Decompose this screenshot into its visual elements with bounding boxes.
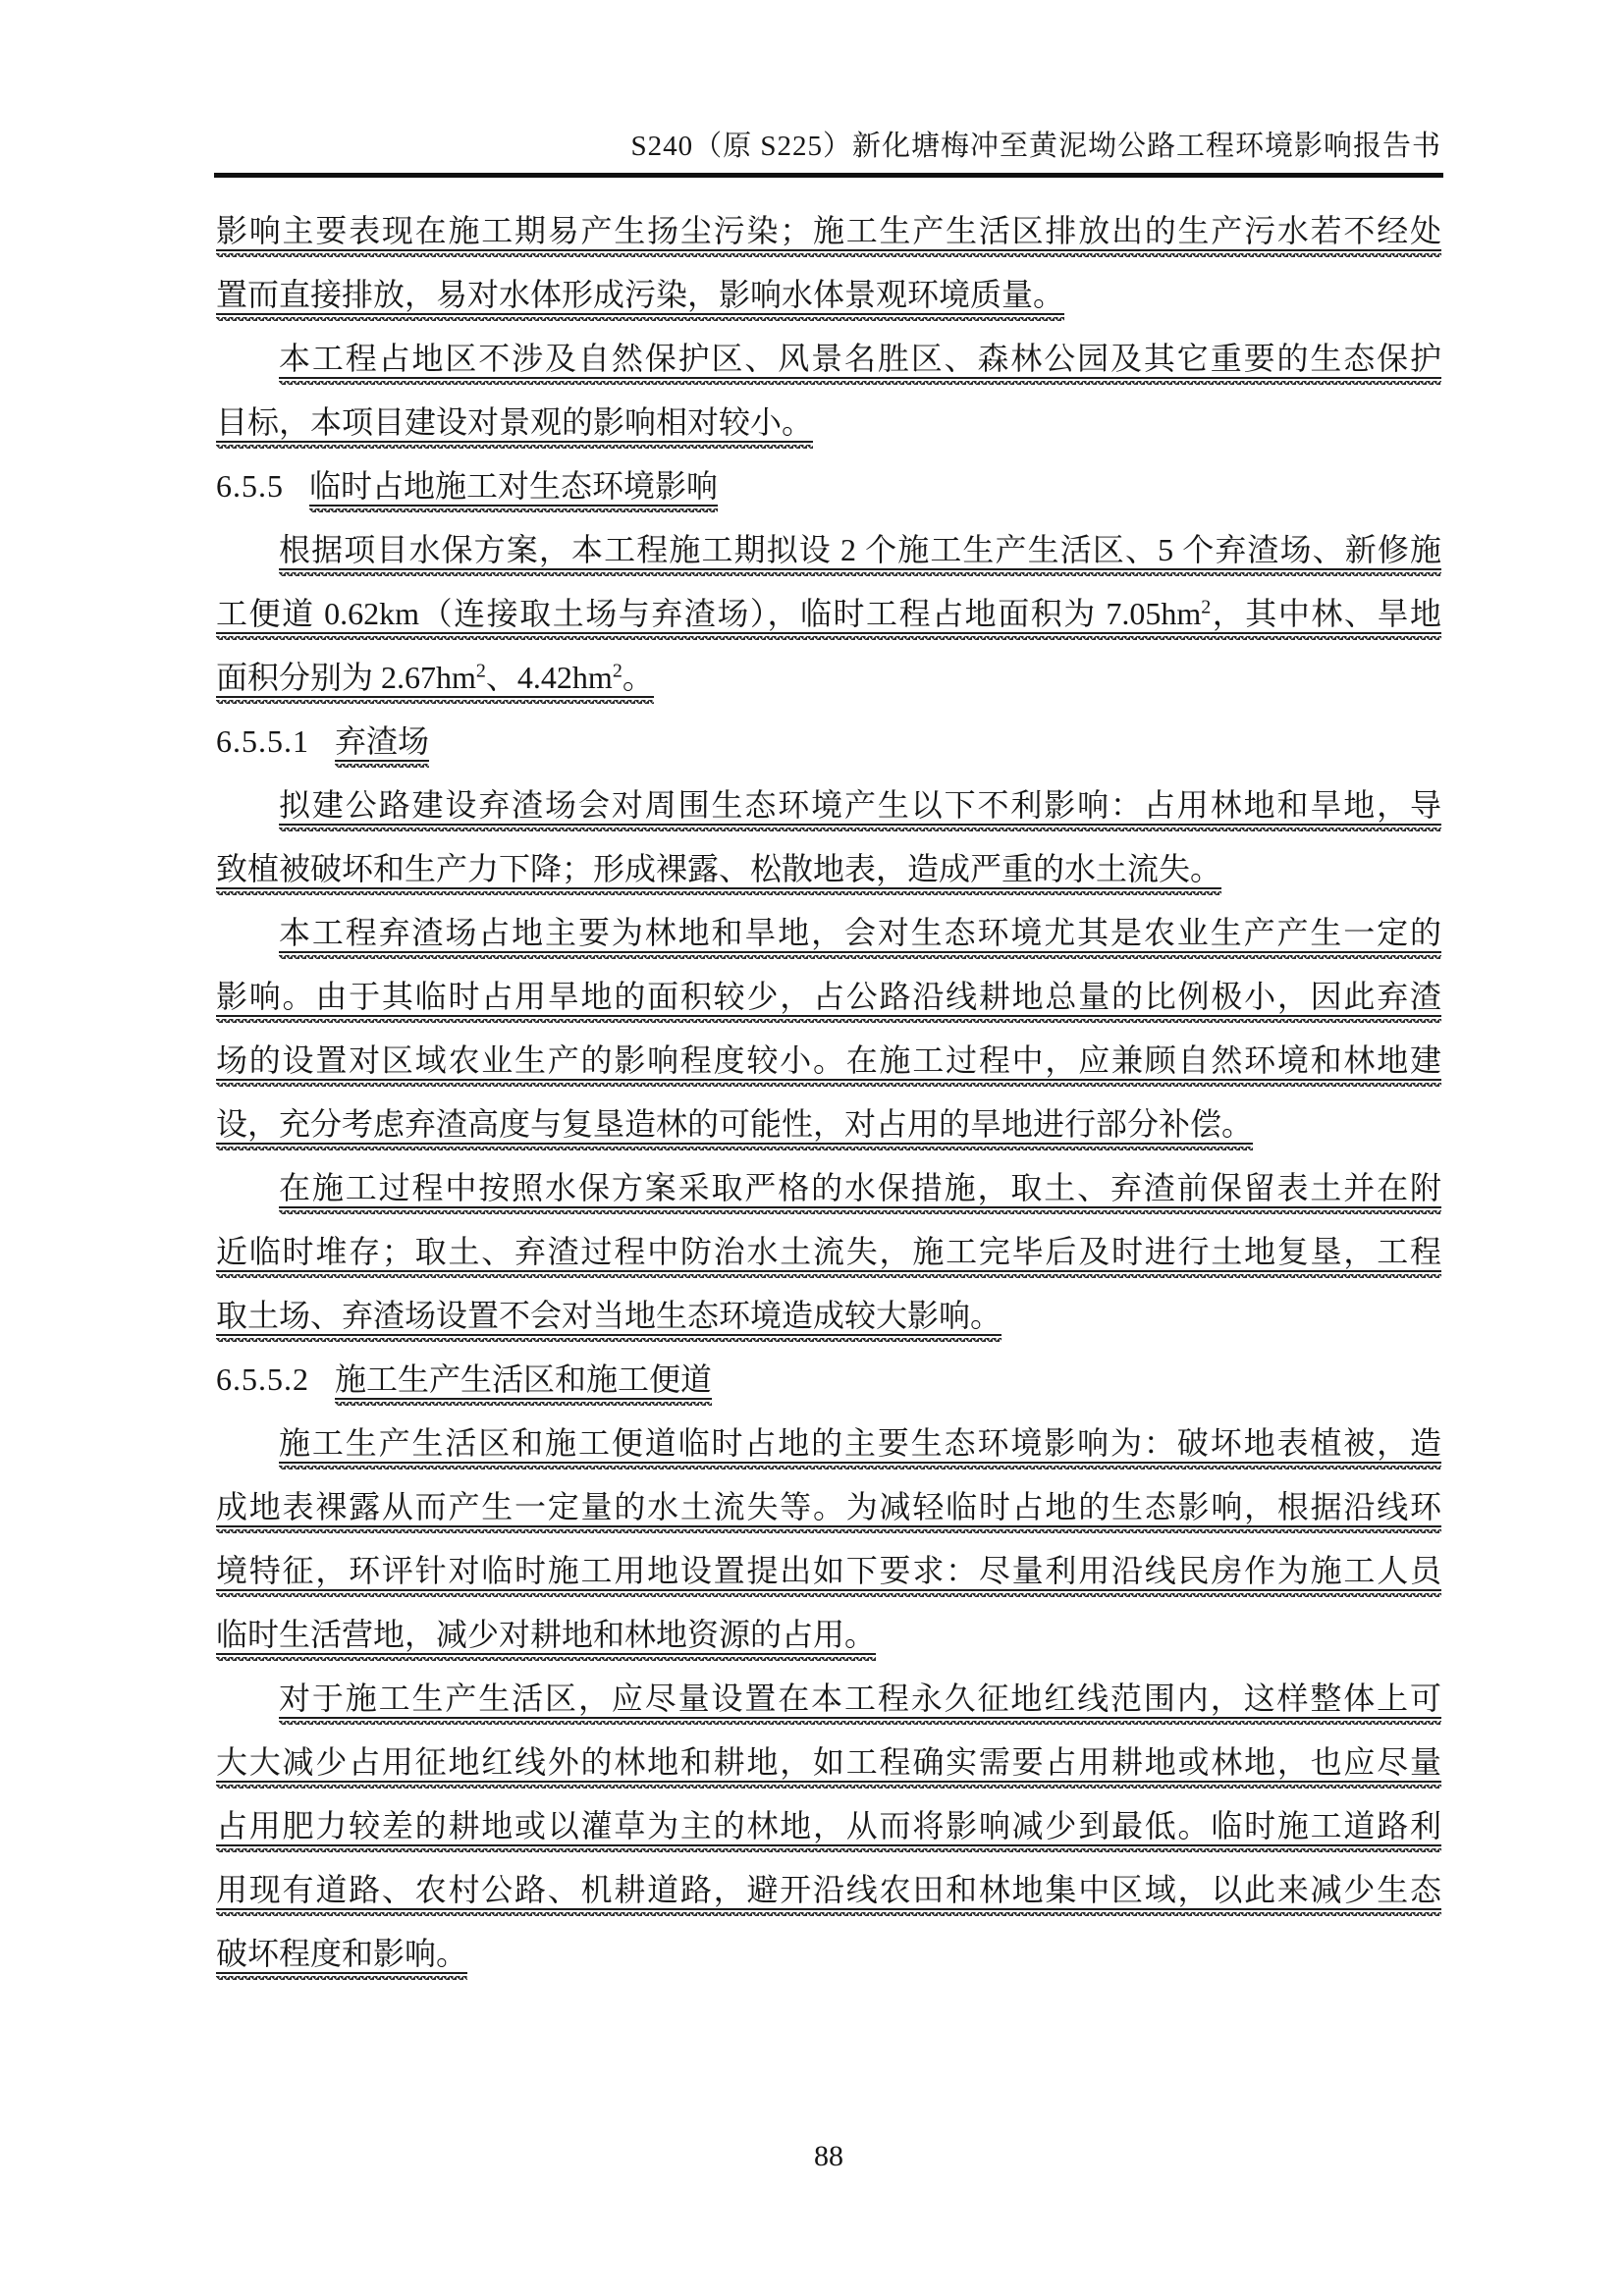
- text-segment: 面积分别为 2.67hm: [216, 660, 476, 695]
- text-segment: 致植被破坏和生产力下降；形成裸露、松散地表，造成严重的水土流失。: [216, 851, 1221, 886]
- text-segment: ，其中林、旱地: [1211, 596, 1441, 631]
- line-text: 用现有道路、农村公路、机耕道路，避开沿线农田和林地集中区域，以此来减少生态: [216, 1872, 1441, 1916]
- text-segment: 破坏程度和影响。: [216, 1936, 467, 1971]
- line-text: 置而直接排放，易对水体形成污染，影响水体景观环境质量。: [216, 277, 1064, 321]
- text-segment: 根据项目水保方案，本工程施工期拟设 2 个施工生产生活区、5 个弃渣场、新修施: [279, 532, 1441, 567]
- line-text: 面积分别为 2.67hm2、4.42hm2。: [216, 660, 654, 704]
- text-segment: 设，充分考虑弃渣高度与复垦造林的可能性，对占用的旱地进行部分补偿。: [216, 1106, 1253, 1142]
- heading-number: 6.5.5.2: [216, 1362, 309, 1397]
- text-line: 大大减少占用征地红线外的林地和耕地，如工程确实需要占用耕地或林地，也应尽量: [216, 1731, 1441, 1794]
- text-segment: 成地表裸露从而产生一定量的水土流失等。为减轻临时占地的生态影响，根据沿线环: [216, 1489, 1441, 1524]
- text-segment: 临时生活营地，减少对耕地和林地资源的占用。: [216, 1617, 876, 1652]
- text-line: 本工程占地区不涉及自然保护区、风景名胜区、森林公园及其它重要的生态保护: [216, 327, 1441, 391]
- page-number: 88: [814, 2140, 843, 2172]
- line-text: 影响。由于其临时占用旱地的面积较少，占公路沿线耕地总量的比例极小，因此弃渣: [216, 979, 1441, 1023]
- text-segment: 施工生产生活区和施工便道临时占地的主要生态环境影响为：破坏地表植被，造: [279, 1425, 1441, 1461]
- text-line: 施工生产生活区和施工便道临时占地的主要生态环境影响为：破坏地表植被，造: [216, 1412, 1441, 1475]
- line-text: 成地表裸露从而产生一定量的水土流失等。为减轻临时占地的生态影响，根据沿线环: [216, 1489, 1441, 1533]
- text-line: 近临时堆存；取土、弃渣过程中防治水土流失，施工完毕后及时进行土地复垦，工程: [216, 1220, 1441, 1284]
- text-segment: 、4.42hm: [486, 660, 613, 695]
- section-heading: 6.5.5.1弃渣场: [216, 710, 1441, 774]
- text-line: 致植被破坏和生产力下降；形成裸露、松散地表，造成严重的水土流失。: [216, 837, 1441, 901]
- heading-title: 临时占地施工对生态环境影响: [309, 468, 718, 512]
- text-segment: 大大减少占用征地红线外的林地和耕地，如工程确实需要占用耕地或林地，也应尽量: [216, 1744, 1441, 1780]
- section-heading: 6.5.5.2施工生产生活区和施工便道: [216, 1348, 1441, 1412]
- line-text: 大大减少占用征地红线外的林地和耕地，如工程确实需要占用耕地或林地，也应尽量: [216, 1744, 1441, 1789]
- text-segment: 对于施工生产生活区，应尽量设置在本工程永久征地红线范围内，这样整体上可: [279, 1681, 1441, 1716]
- superscript: 2: [613, 660, 623, 681]
- page-footer: 88: [216, 2134, 1441, 2179]
- line-text: 根据项目水保方案，本工程施工期拟设 2 个施工生产生活区、5 个弃渣场、新修施: [279, 532, 1441, 576]
- line-text: 近临时堆存；取土、弃渣过程中防治水土流失，施工完毕后及时进行土地复垦，工程: [216, 1234, 1441, 1278]
- heading-number: 6.5.5: [216, 468, 284, 504]
- line-text: 施工生产生活区和施工便道临时占地的主要生态环境影响为：破坏地表植被，造: [279, 1425, 1441, 1469]
- document-body: 影响主要表现在施工期易产生扬尘污染；施工生产生活区排放出的生产污水若不经处置而直…: [216, 199, 1441, 1986]
- line-text: 本工程占地区不涉及自然保护区、风景名胜区、森林公园及其它重要的生态保护: [279, 341, 1441, 385]
- section-heading: 6.5.5临时占地施工对生态环境影响: [216, 454, 1441, 518]
- text-segment: 近临时堆存；取土、弃渣过程中防治水土流失，施工完毕后及时进行土地复垦，工程: [216, 1234, 1441, 1269]
- text-segment: 工便道 0.62km（连接取土场与弃渣场），临时工程占地面积为 7.05hm: [216, 596, 1201, 631]
- text-line: 取土场、弃渣场设置不会对当地生态环境造成较大影响。: [216, 1284, 1441, 1348]
- line-text: 对于施工生产生活区，应尽量设置在本工程永久征地红线范围内，这样整体上可: [279, 1681, 1441, 1725]
- text-segment: 影响主要表现在施工期易产生扬尘污染；施工生产生活区排放出的生产污水若不经处: [216, 213, 1441, 248]
- text-line: 成地表裸露从而产生一定量的水土流失等。为减轻临时占地的生态影响，根据沿线环: [216, 1475, 1441, 1539]
- line-text: 设，充分考虑弃渣高度与复垦造林的可能性，对占用的旱地进行部分补偿。: [216, 1106, 1253, 1150]
- text-line: 目标，本项目建设对景观的影响相对较小。: [216, 391, 1441, 454]
- heading-title: 施工生产生活区和施工便道: [335, 1362, 712, 1406]
- text-line: 占用肥力较差的耕地或以灌草为主的林地，从而将影响减少到最低。临时施工道路利: [216, 1794, 1441, 1858]
- text-line: 置而直接排放，易对水体形成污染，影响水体景观环境质量。: [216, 263, 1441, 327]
- text-line: 临时生活营地，减少对耕地和林地资源的占用。: [216, 1603, 1441, 1667]
- text-line: 破坏程度和影响。: [216, 1922, 1441, 1986]
- text-line: 影响主要表现在施工期易产生扬尘污染；施工生产生活区排放出的生产污水若不经处: [216, 199, 1441, 263]
- text-line: 工便道 0.62km（连接取土场与弃渣场），临时工程占地面积为 7.05hm2，…: [216, 582, 1441, 646]
- superscript: 2: [476, 660, 486, 681]
- text-segment: 目标，本项目建设对景观的影响相对较小。: [216, 404, 813, 440]
- heading-number: 6.5.5.1: [216, 723, 309, 759]
- superscript: 2: [1201, 596, 1211, 617]
- text-line: 用现有道路、农村公路、机耕道路，避开沿线农田和林地集中区域，以此来减少生态: [216, 1858, 1441, 1922]
- text-segment: 影响。由于其临时占用旱地的面积较少，占公路沿线耕地总量的比例极小，因此弃渣: [216, 979, 1441, 1014]
- text-line: 影响。由于其临时占用旱地的面积较少，占公路沿线耕地总量的比例极小，因此弃渣: [216, 965, 1441, 1029]
- line-text: 工便道 0.62km（连接取土场与弃渣场），临时工程占地面积为 7.05hm2，…: [216, 596, 1441, 640]
- line-text: 占用肥力较差的耕地或以灌草为主的林地，从而将影响减少到最低。临时施工道路利: [216, 1808, 1441, 1852]
- text-line: 在施工过程中按照水保方案采取严格的水保措施，取土、弃渣前保留表土并在附: [216, 1156, 1441, 1220]
- text-segment: 本工程占地区不涉及自然保护区、风景名胜区、森林公园及其它重要的生态保护: [279, 341, 1441, 376]
- heading-title: 弃渣场: [335, 723, 429, 768]
- line-text: 场的设置对区域农业生产的影响程度较小。在施工过程中，应兼顾自然环境和林地建: [216, 1042, 1441, 1087]
- line-text: 取土场、弃渣场设置不会对当地生态环境造成较大影响。: [216, 1298, 1001, 1342]
- line-text: 致植被破坏和生产力下降；形成裸露、松散地表，造成严重的水土流失。: [216, 851, 1221, 895]
- text-segment: 。: [623, 660, 654, 695]
- text-segment: 本工程弃渣场占地主要为林地和旱地，会对生态环境尤其是农业生产产生一定的: [279, 915, 1441, 950]
- line-text: 临时生活营地，减少对耕地和林地资源的占用。: [216, 1617, 876, 1661]
- text-line: 根据项目水保方案，本工程施工期拟设 2 个施工生产生活区、5 个弃渣场、新修施: [216, 518, 1441, 582]
- text-segment: 用现有道路、农村公路、机耕道路，避开沿线农田和林地集中区域，以此来减少生态: [216, 1872, 1441, 1907]
- line-text: 境特征，环评针对临时施工用地设置提出如下要求：尽量利用沿线民房作为施工人员: [216, 1553, 1441, 1597]
- text-line: 拟建公路建设弃渣场会对周围生态环境产生以下不利影响：占用林地和旱地，导: [216, 774, 1441, 837]
- text-segment: 取土场、弃渣场设置不会对当地生态环境造成较大影响。: [216, 1298, 1001, 1333]
- header-rule: [214, 173, 1443, 178]
- header-title: S240（原 S225）新化塘梅冲至黄泥坳公路工程环境影响报告书: [216, 124, 1441, 169]
- line-text: 影响主要表现在施工期易产生扬尘污染；施工生产生活区排放出的生产污水若不经处: [216, 213, 1441, 257]
- text-segment: 境特征，环评针对临时施工用地设置提出如下要求：尽量利用沿线民房作为施工人员: [216, 1553, 1441, 1588]
- text-line: 设，充分考虑弃渣高度与复垦造林的可能性，对占用的旱地进行部分补偿。: [216, 1093, 1441, 1156]
- line-text: 目标，本项目建设对景观的影响相对较小。: [216, 404, 813, 449]
- line-text: 本工程弃渣场占地主要为林地和旱地，会对生态环境尤其是农业生产产生一定的: [279, 915, 1441, 959]
- line-text: 破坏程度和影响。: [216, 1936, 467, 1980]
- text-segment: 在施工过程中按照水保方案采取严格的水保措施，取土、弃渣前保留表土并在附: [279, 1170, 1441, 1205]
- text-line: 本工程弃渣场占地主要为林地和旱地，会对生态环境尤其是农业生产产生一定的: [216, 901, 1441, 965]
- text-line: 对于施工生产生活区，应尽量设置在本工程永久征地红线范围内，这样整体上可: [216, 1667, 1441, 1731]
- text-segment: 占用肥力较差的耕地或以灌草为主的林地，从而将影响减少到最低。临时施工道路利: [216, 1808, 1441, 1843]
- text-line: 面积分别为 2.67hm2、4.42hm2。: [216, 646, 1441, 710]
- line-text: 在施工过程中按照水保方案采取严格的水保措施，取土、弃渣前保留表土并在附: [279, 1170, 1441, 1214]
- text-segment: 置而直接排放，易对水体形成污染，影响水体景观环境质量。: [216, 277, 1064, 312]
- text-segment: 拟建公路建设弃渣场会对周围生态环境产生以下不利影响：占用林地和旱地，导: [279, 787, 1441, 823]
- line-text: 拟建公路建设弃渣场会对周围生态环境产生以下不利影响：占用林地和旱地，导: [279, 787, 1441, 831]
- text-segment: 场的设置对区域农业生产的影响程度较小。在施工过程中，应兼顾自然环境和林地建: [216, 1042, 1441, 1078]
- document-page: S240（原 S225）新化塘梅冲至黄泥坳公路工程环境影响报告书 影响主要表现在…: [0, 0, 1624, 2296]
- text-line: 场的设置对区域农业生产的影响程度较小。在施工过程中，应兼顾自然环境和林地建: [216, 1029, 1441, 1093]
- text-line: 境特征，环评针对临时施工用地设置提出如下要求：尽量利用沿线民房作为施工人员: [216, 1539, 1441, 1603]
